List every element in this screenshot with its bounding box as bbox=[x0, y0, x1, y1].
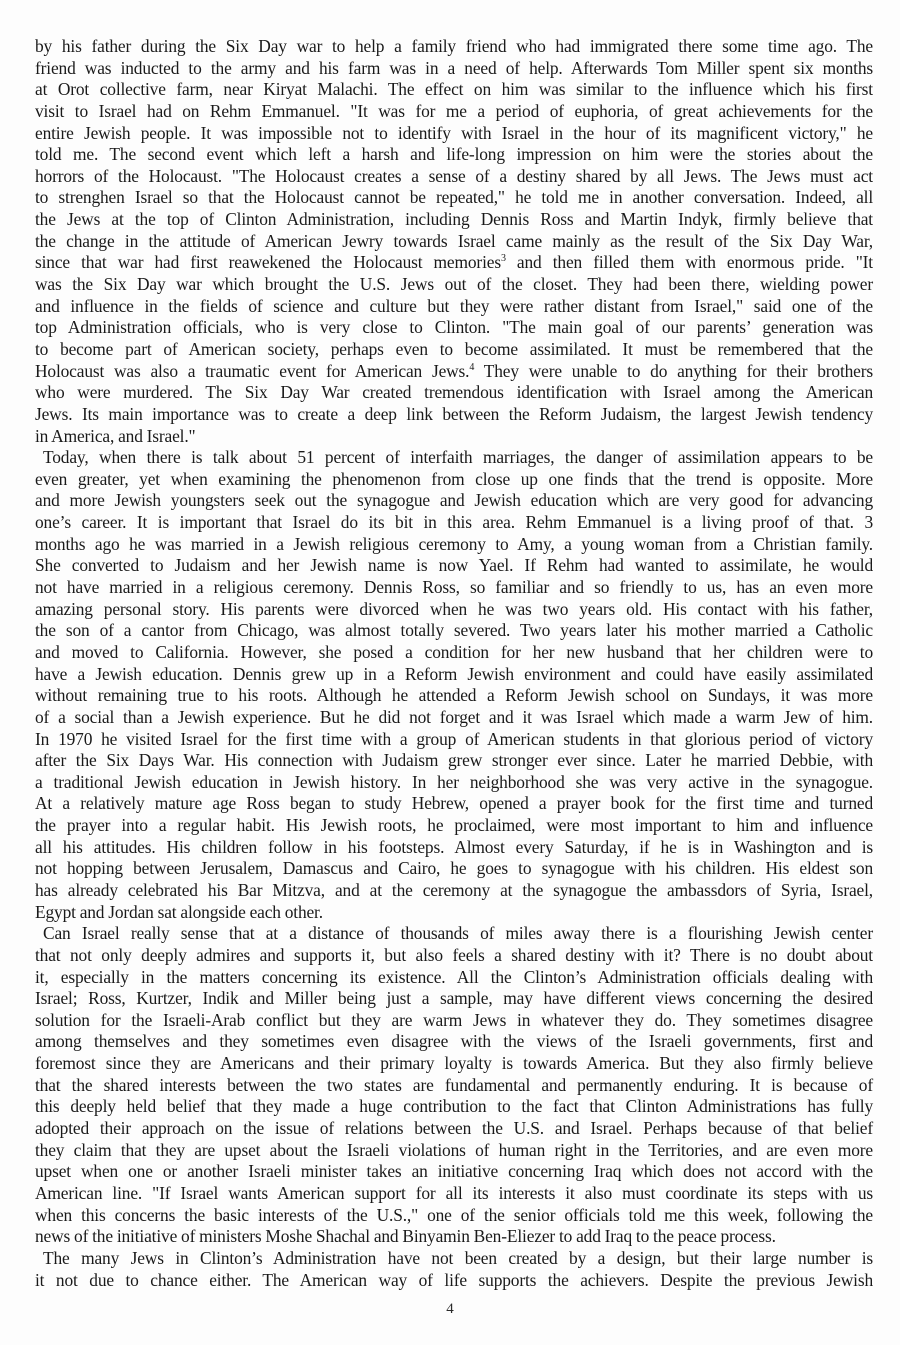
text-line: a traditional Jewish education in Jewish… bbox=[35, 772, 873, 794]
text-line: of a social than a Jewish experience. Bu… bbox=[35, 707, 873, 729]
text-line: it not due to chance either. The America… bbox=[35, 1270, 873, 1292]
text-line: all his attitudes. His children follow i… bbox=[35, 837, 873, 859]
text-line: She converted to Judaism and her Jewish … bbox=[35, 555, 873, 577]
text-line: American line. "If Israel wants American… bbox=[35, 1183, 873, 1205]
text-line: without remaining true to his roots. Alt… bbox=[35, 685, 873, 707]
text-line: entire Jewish people. It was impossible … bbox=[35, 123, 873, 145]
paragraph: The many Jews in Clinton’s Administratio… bbox=[35, 1248, 873, 1291]
text-line: months ago he was married in a Jewish re… bbox=[35, 534, 873, 556]
text-line: horrors of the Holocaust. "The Holocaust… bbox=[35, 166, 873, 188]
text-line: when this concerns the basic interests o… bbox=[35, 1205, 873, 1227]
text-line: after the Six Days War. His connection w… bbox=[35, 750, 873, 772]
text-line: the son of a cantor from Chicago, was al… bbox=[35, 620, 873, 642]
page-number: 4 bbox=[0, 1301, 900, 1318]
text-line: Can Israel really sense that at a distan… bbox=[35, 923, 873, 945]
text-line: and influence in the fields of science a… bbox=[35, 296, 873, 318]
text-line: solution for the Israeli-Arab conflict b… bbox=[35, 1010, 873, 1032]
footnote-marker: 3 bbox=[501, 253, 506, 264]
text-line: among themselves and they sometimes even… bbox=[35, 1031, 873, 1053]
paragraph: by his father during the Six Day war to … bbox=[35, 36, 873, 447]
footnote-marker: 4 bbox=[469, 362, 474, 373]
text-line: visit to Israel had on Rehm Emmanuel. "I… bbox=[35, 101, 873, 123]
text-line: one’s career. It is important that Israe… bbox=[35, 512, 873, 534]
text-line: Egypt and Jordan sat alongside each othe… bbox=[35, 902, 873, 924]
text-line: by his father during the Six Day war to … bbox=[35, 36, 873, 58]
text-line: has already celebrated his Bar Mitzva, a… bbox=[35, 880, 873, 902]
body-text: by his father during the Six Day war to … bbox=[35, 36, 873, 1291]
text-line: even greater, yet when examining the phe… bbox=[35, 469, 873, 491]
text-line: not hopping between Jerusalem, Damascus … bbox=[35, 858, 873, 880]
text-line: Holocaust was also a traumatic event for… bbox=[35, 361, 873, 383]
text-line: they claim that they are upset about the… bbox=[35, 1140, 873, 1162]
text-line: was the Six Day war which brought the U.… bbox=[35, 274, 873, 296]
paragraph: Can Israel really sense that at a distan… bbox=[35, 923, 873, 1248]
text-line: who were murdered. The Six Day War creat… bbox=[35, 382, 873, 404]
text-line: foremost since they are Americans and th… bbox=[35, 1053, 873, 1075]
text-line: adopted their approach on the issue of r… bbox=[35, 1118, 873, 1140]
document-page: by his father during the Six Day war to … bbox=[0, 0, 900, 1345]
text-line: to strenghen Israel so that the Holocaus… bbox=[35, 187, 873, 209]
text-line: Today, when there is talk about 51 perce… bbox=[35, 447, 873, 469]
text-line: and moved to California. However, she po… bbox=[35, 642, 873, 664]
text-line: it, especially in the matters concerning… bbox=[35, 967, 873, 989]
paragraph: Today, when there is talk about 51 perce… bbox=[35, 447, 873, 923]
text-line: Israel; Ross, Kurtzer, Indik and Miller … bbox=[35, 988, 873, 1010]
text-line: not have married in a religious ceremony… bbox=[35, 577, 873, 599]
text-line: to become part of American society, perh… bbox=[35, 339, 873, 361]
text-line: In 1970 he visited Israel for the first … bbox=[35, 729, 873, 751]
text-line: the change in the attitude of American J… bbox=[35, 231, 873, 253]
text-line: friend was inducted to the army and his … bbox=[35, 58, 873, 80]
text-line: told me. The second event which left a h… bbox=[35, 144, 873, 166]
text-line: the prayer into a regular habit. His Jew… bbox=[35, 815, 873, 837]
text-line: The many Jews in Clinton’s Administratio… bbox=[35, 1248, 873, 1270]
text-line: have a Jewish education. Dennis grew up … bbox=[35, 664, 873, 686]
text-line: top Administration officials, who is ver… bbox=[35, 317, 873, 339]
text-line: that the shared interests between the tw… bbox=[35, 1075, 873, 1097]
text-line: and more Jewish youngsters seek out the … bbox=[35, 490, 873, 512]
text-line: that not only deeply admires and support… bbox=[35, 945, 873, 967]
text-line: in America, and Israel." bbox=[35, 426, 873, 448]
text-line: Jews. Its main importance was to create … bbox=[35, 404, 873, 426]
text-line: since that war had first reawekened the … bbox=[35, 252, 873, 274]
text-line: news of the initiative of ministers Mosh… bbox=[35, 1226, 873, 1248]
text-line: At a relatively mature age Ross began to… bbox=[35, 793, 873, 815]
text-line: the Jews at the top of Clinton Administr… bbox=[35, 209, 873, 231]
text-line: upset when one or another Israeli minist… bbox=[35, 1161, 873, 1183]
text-line: this deeply held belief that they made a… bbox=[35, 1096, 873, 1118]
text-line: amazing personal story. His parents were… bbox=[35, 599, 873, 621]
text-line: at Orot collective farm, near Kiryat Mal… bbox=[35, 79, 873, 101]
